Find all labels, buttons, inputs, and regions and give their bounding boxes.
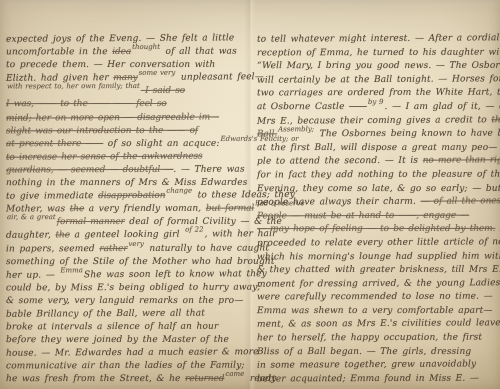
handwriting-text: to tell whatever might interest. — After… [257,33,500,44]
manuscript-line: before they were joined by the Master of… [6,334,246,347]
manuscript-line: better acquainted; Emma found in Miss E.… [257,372,497,386]
handwriting-text: of so slight an acquce: [103,139,219,149]
handwriting-text: & some very, very languid remarks on the… [6,296,243,306]
deleted-text: guardians, — seemed — doubtful — [6,165,173,176]
deleted-text: the [491,115,500,125]
deleted-text: the [70,204,84,214]
handwriting-text: her up. — [6,270,59,280]
manuscript-line: people have always their charm. — of all… [257,195,497,210]
manuscript-line: Evening, they come so late, & go so earl… [257,182,497,196]
manuscript-page-right: to tell whatever might interest. — After… [257,0,497,389]
manuscript-line: at present there —— of so slight an acqu… [6,138,246,151]
manuscript-line: expected joys of the Eveng. — She felt a… [6,32,246,47]
manuscript-line: her up. — EmmaShe was soon left to know … [6,268,246,283]
handwriting-text: Emma was shewn to a very comfortable apa… [257,306,493,316]
manuscript-line: with respect to, her own family; that I … [6,85,246,99]
manuscript-line: & they chatted with greater briskness, t… [257,264,497,278]
handwriting-text: “Well Mary, I bring you good news. — The… [257,61,500,71]
deleted-text: Ball. [257,130,277,140]
interlinear-insertion: some very [139,67,176,80]
manuscript-line: reception of Emma, he turned to his daug… [257,46,497,60]
interlinear-insertion: thought [132,41,160,54]
deleted-text: returned [185,374,224,384]
interlinear-insertion: with respect to, her own family; that [7,80,140,94]
manuscript-line: to tell whatever might interest. — After… [257,32,497,47]
deleted-text: to increase her sense of the awkwardness [6,151,203,162]
manuscript-line: could be, by Miss E.'s being obliged to … [6,281,246,295]
handwriting-text: in some measure together, grew unavoidab… [257,360,476,371]
manuscript-page-left: expected joys of the Eveng. — She felt a… [6,0,246,389]
handwriting-text: naturally to have caught [145,243,269,253]
deleted-text: slight was our introduction to the —— of [6,125,198,136]
handwriting-text: at the first Ball, will dispose a great … [257,143,497,153]
handwriting-text: people have always their charm. [257,197,421,208]
manuscript-line: communicative air than the ladies of the… [6,360,246,374]
deleted-text: but formal [206,204,254,214]
handwriting-text: proceeded to relate every other little a… [257,237,500,249]
manuscript-line: which his morning's lounge had supplied … [257,250,497,264]
manuscript-line: — may hope of feeling — to be delighted … [257,223,497,237]
manuscript-line: Bliss of a Ball began. — The girls, dres… [257,346,497,360]
handwriting-text: ment, & as soon as Mrs E.'s civilities c… [257,319,500,330]
handwriting-text: which his morning's lounge had supplied … [257,251,500,262]
manuscript-line: People — must be at hand to ——, engage — [257,209,497,223]
handwriting-text: he was fresh from the Street, & he [6,374,185,384]
handwriting-text: . — I am glad of it, — observed [384,102,500,112]
manuscript-line: mind; her on more open — disagreeable im… [6,111,246,126]
manuscript-line: proceeded to relate every other little a… [257,236,497,251]
deleted-text: disapprobation [98,191,165,201]
handwriting-text: before they were joined by the Master of… [6,335,229,345]
manuscript-line: bable Brillancy of the Ball, were all th… [6,307,246,322]
handwriting-text: better acquainted; Emma found in Miss E.… [257,373,479,384]
manuscript-line: ment, & as soon as Mrs E.'s civilities c… [257,318,497,333]
handwriting-text: Evening, they come so late, & go so earl… [257,183,500,193]
manuscript-line: in some measure together, grew unavoidab… [257,359,497,374]
manuscript-line: in papers, seemed rathervery naturally t… [6,242,246,256]
handwriting-text: broke at intervals a silence of half an … [6,322,218,333]
handwriting-text: of all that was [161,47,237,57]
handwriting-text: ple to attend the second. — It is [257,156,423,167]
manuscript-line: at Osborne Castle ——by 9. — I am glad of… [257,101,497,115]
manuscript-line: broke at intervals a silence of half an … [6,321,246,335]
manuscript-line: nothing in the manners of Mrs & Miss Edw… [6,177,246,190]
deleted-text: rather [99,243,127,253]
handwriting-text: bable Brillancy of the Ball, were all th… [6,308,205,319]
handwriting-text: to precede them. — Her conversation with [6,60,215,70]
handwriting-text: uncomfortable in the [6,47,112,57]
handwriting-text: at Osborne Castle [257,102,349,112]
handwriting-text: will certainly be at the Ball tonight. —… [257,74,500,86]
manuscript-line: her to herself, the happy occupation, th… [257,332,497,346]
interlinear-insertion: air, & a great [7,211,56,224]
interlinear-insertion: Assembly; [278,123,314,137]
manuscript-line: ple to attend the second. — It is no mor… [257,155,497,170]
manuscript-line: to precede them. — Her conversation with [6,59,246,72]
deleted-text: the [55,231,70,241]
deleted-text: mind; her on more open — disagreeable im… [6,112,219,123]
interlinear-insertion: by 9 [368,96,384,110]
handwriting-text: communicative air than the ladies of the… [6,361,245,372]
handwriting-text: for in fact they add nothing to the plea… [257,169,500,180]
handwriting-text: expected joys of the Eveng. — She felt a… [6,33,234,44]
deleted-text: no more than right [423,156,500,167]
manuscript-line: to increase her sense of the awkwardness [6,150,246,165]
interlinear-insertion: of 22 [185,224,204,237]
handwriting-text: her to herself, the happy occupation, th… [257,333,482,344]
handwriting-text: house. — Mr. Edwardes had a much easier … [6,347,259,359]
handwriting-text: something of the Stile of the Mother who… [6,256,275,266]
manuscript-line: he was fresh from the Street, & he retur… [6,373,246,386]
handwriting-text: unpleasant feel— [176,72,264,83]
handwriting-text: . — There was [173,165,244,175]
manuscript-line: & some very, very languid remarks on the… [6,295,246,308]
handwriting-text: in papers, seemed [6,244,99,254]
manuscript-line: slight was our introduction to the —— of [6,124,246,138]
deleted-text: People — must be at hand to ——, engage — [257,210,469,221]
deleted-text: idea [112,47,131,57]
manuscript-line: daughter, the a genteel looking girl of … [6,229,246,244]
handwriting-text: a genteel looking girl [70,230,184,241]
handwriting-text: to give immediate [6,191,98,202]
manuscript-line: “Well Mary, I bring you good news. — The… [257,60,497,74]
handwriting-text: reception of Emma, he turned to his daug… [257,47,500,58]
manuscript-line: Ball.Assembly; The Osbornes being known … [257,128,497,142]
deleted-text: I said so [141,86,185,96]
deleted-text: formal manner [57,217,125,227]
deleted-text: — of all the ones [420,196,500,206]
handwriting-text: could be, by Miss E.'s being obliged to … [6,282,261,293]
interlinear-insertion: very [128,237,143,250]
deleted-text: —— [349,102,367,112]
handwriting-text: & they chatted with greater briskness, t… [257,265,500,275]
manuscript-line: uncomfortable in the ideathought of all … [6,46,246,60]
handwriting-text: a very friendly woman, [84,204,206,214]
manuscript-line: I was, —— to the —— —— feel so [6,98,246,111]
handwriting-text: were carefully recommended to lose no ti… [257,292,493,303]
manuscript-line: guardians, — seemed — doubtful —. — Ther… [6,164,246,178]
manuscript-photo: expected joys of the Eveng. — She felt a… [0,0,500,389]
handwriting-text: The Osbornes being known to have been [315,129,500,140]
interlinear-insertion: Emma [60,264,83,277]
manuscript-line: were carefully recommended to lose no ti… [257,291,497,305]
deleted-text: at present there —— [6,139,103,149]
handwriting-text: moment for dressing arrived, & the young… [257,278,500,289]
handwriting-text: Bliss of a Ball began. — The girls, dres… [257,347,471,357]
interlinear-insertion: came [225,368,244,381]
deleted-text: I was, —— to the —— —— feel so [6,99,167,109]
manuscript-line: something of the Stile of the Mother who… [6,255,246,268]
handwriting-text: daughter, [6,231,56,241]
handwriting-text: She was soon left to know what they [84,269,267,280]
manuscript-line: for in fact they add nothing to the plea… [257,169,497,183]
deleted-text: — may hope of feeling — to be delighted … [257,224,495,234]
interlinear-insertion: change [166,185,192,198]
handwriting-text: Mr. Edwards [495,224,500,234]
manuscript-line: at the first Ball, will dispose a great … [257,142,497,156]
handwriting-text: nothing in the manners of Mrs & Miss Edw… [6,178,248,188]
